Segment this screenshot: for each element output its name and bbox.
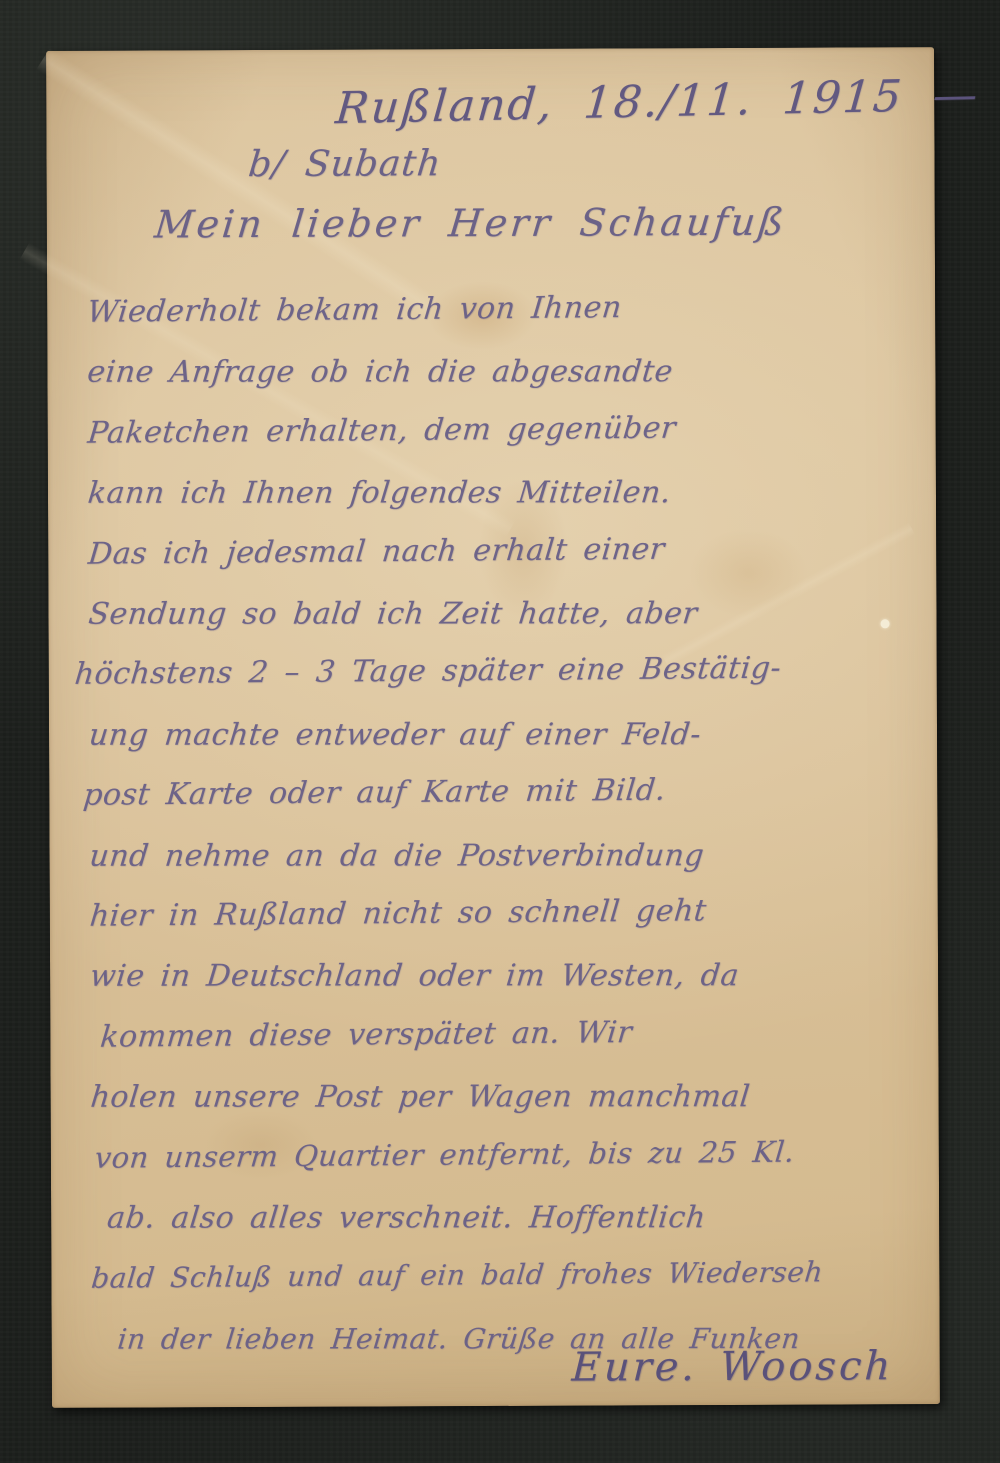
letter-line: von unserm Quartier entfernt, bis zu 25 … [92, 1121, 914, 1189]
letter-line: wie in Deutschland oder im Westen, da [87, 946, 913, 1007]
letter-line: kann ich Ihnen folgendes Mitteilen. [85, 463, 911, 524]
letter-line: kommen diese verspätet an. Wir [97, 1000, 913, 1067]
letter-line: Wiederholt bekam ich von Ihnen [84, 276, 910, 344]
letter-line: post Karte oder auf Karte mit Bild. [80, 759, 912, 827]
letter-line: bald Schluß und auf ein bald frohes Wied… [88, 1242, 914, 1310]
letter-line: Sendung so bald ich Zeit hatte, aber [85, 584, 911, 645]
postcard: Rußland, 18./11. 1915 — b/ Subath Mein l… [46, 47, 940, 1408]
letter-line: höchstens 2 – 3 Tage später eine Bestäti… [72, 638, 912, 706]
location-line: b/ Subath [246, 143, 443, 185]
photo-mat-background: Rußland, 18./11. 1915 — b/ Subath Mein l… [0, 0, 1000, 1463]
letter-line: Das ich jedesmal nach erhalt einer [85, 517, 911, 585]
letter-line: ab. also alles verschneit. Hoffentlich [104, 1188, 914, 1249]
letter-line: hier in Rußland nicht so schnell geht [87, 879, 913, 947]
letter-body: Wiederholt bekam ich von Ihnen eine Anfr… [87, 279, 912, 1370]
letter-line: Paketchen erhalten, dem gegenüber [85, 396, 911, 464]
letter-line: eine Anfrage ob ich die abgesandte [84, 342, 910, 403]
salutation: Mein lieber Herr Schaufuß [153, 200, 789, 247]
letter-line: holen unsere Post per Wagen manchmal [87, 1067, 913, 1128]
letter-line: ung machte entweder auf einer Feld- [86, 705, 912, 766]
signature: Eure. Woosch [571, 1343, 895, 1390]
dateline: Rußland, 18./11. 1915 — [334, 69, 982, 134]
letter-line: und nehme an da die Postverbindung [86, 826, 912, 887]
